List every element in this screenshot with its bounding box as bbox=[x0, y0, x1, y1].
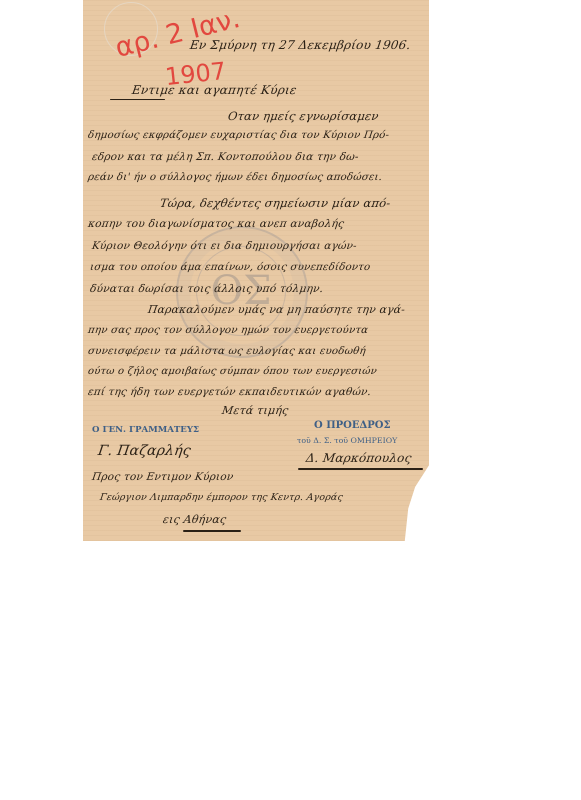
body-line-11: πην σας προς τον σύλλογον ημών τον ευεργ… bbox=[87, 325, 369, 336]
president-signature-underline bbox=[298, 468, 423, 470]
body-line-9: δύναται δωρίσαι τοις άλλοις υπό τόλμην. bbox=[89, 283, 324, 295]
place-date: Εν Σμύρνη τη 27 Δεκεμβρίου 1906. bbox=[189, 38, 411, 52]
body-line-4: ρεάν δι' ήν ο σύλλογος ήμων έδει δημοσίω… bbox=[87, 172, 383, 183]
secretary-signature: Γ. Παζαρλής bbox=[97, 443, 192, 459]
president-subtitle: τοῦ Δ. Σ. τοῦ ΟΜΗΡΕΙΟΥ bbox=[297, 436, 397, 445]
body-line-5: Τώρα, δεχθέντες σημείωσιν μίαν από- bbox=[159, 196, 391, 210]
body-line-13: ούτω ο ζήλος αμοιβαίως σύμπαν όπου των ε… bbox=[87, 366, 377, 377]
president-title: Ο ΠΡΟΕΔΡΟΣ bbox=[314, 420, 391, 431]
addressee-line-1: Προς τον Εντιμον Κύριον bbox=[91, 471, 234, 483]
addressee-underline bbox=[183, 530, 241, 532]
body-line-6: κοπην του διαγωνίσματος και ανεπ αναβολή… bbox=[87, 218, 345, 230]
body-line-14: επί της ήδη των ευεργετών εκπαιδευτικών … bbox=[87, 386, 372, 398]
body-line-12: συνεισφέρειν τα μάλιστα ως ευλογίας και … bbox=[87, 346, 366, 357]
body-line-2: δημοσίως εκφράζομεν ευχαριστίας δια τον … bbox=[87, 130, 390, 141]
salutation-underline bbox=[110, 99, 165, 100]
body-line-8: ισμα του οποίου άμα επαίνων, όσοις συνεπ… bbox=[89, 262, 371, 273]
addressee-line-2: Γεώργιον Λιμπαρδην έμπορον της Κεντρ. Αγ… bbox=[99, 492, 343, 503]
body-line-3: εδρον και τα μέλη Σπ. Κοντοπούλου δια τη… bbox=[91, 151, 359, 163]
secretary-title: Ο ΓΕΝ. ΓΡΑΜΜΑΤΕΥΣ bbox=[92, 425, 199, 435]
president-signature: Δ. Μαρκόπουλος bbox=[305, 451, 413, 465]
salutation: Εντιμε και αγαπητέ Κύριε bbox=[131, 83, 298, 97]
body-line-7: Κύριον Θεολόγην ότι ει δια δημιουργήσαι … bbox=[91, 240, 357, 252]
addressee-line-3: εις Αθήνας bbox=[162, 513, 227, 526]
body-line-1: Οταν ημείς εγνωρίσαμεν bbox=[227, 109, 380, 123]
body-line-10: Παρακαλούμεν υμάς να μη παύσητε την αγά- bbox=[147, 303, 406, 316]
closing: Μετά τιμής bbox=[221, 404, 289, 417]
